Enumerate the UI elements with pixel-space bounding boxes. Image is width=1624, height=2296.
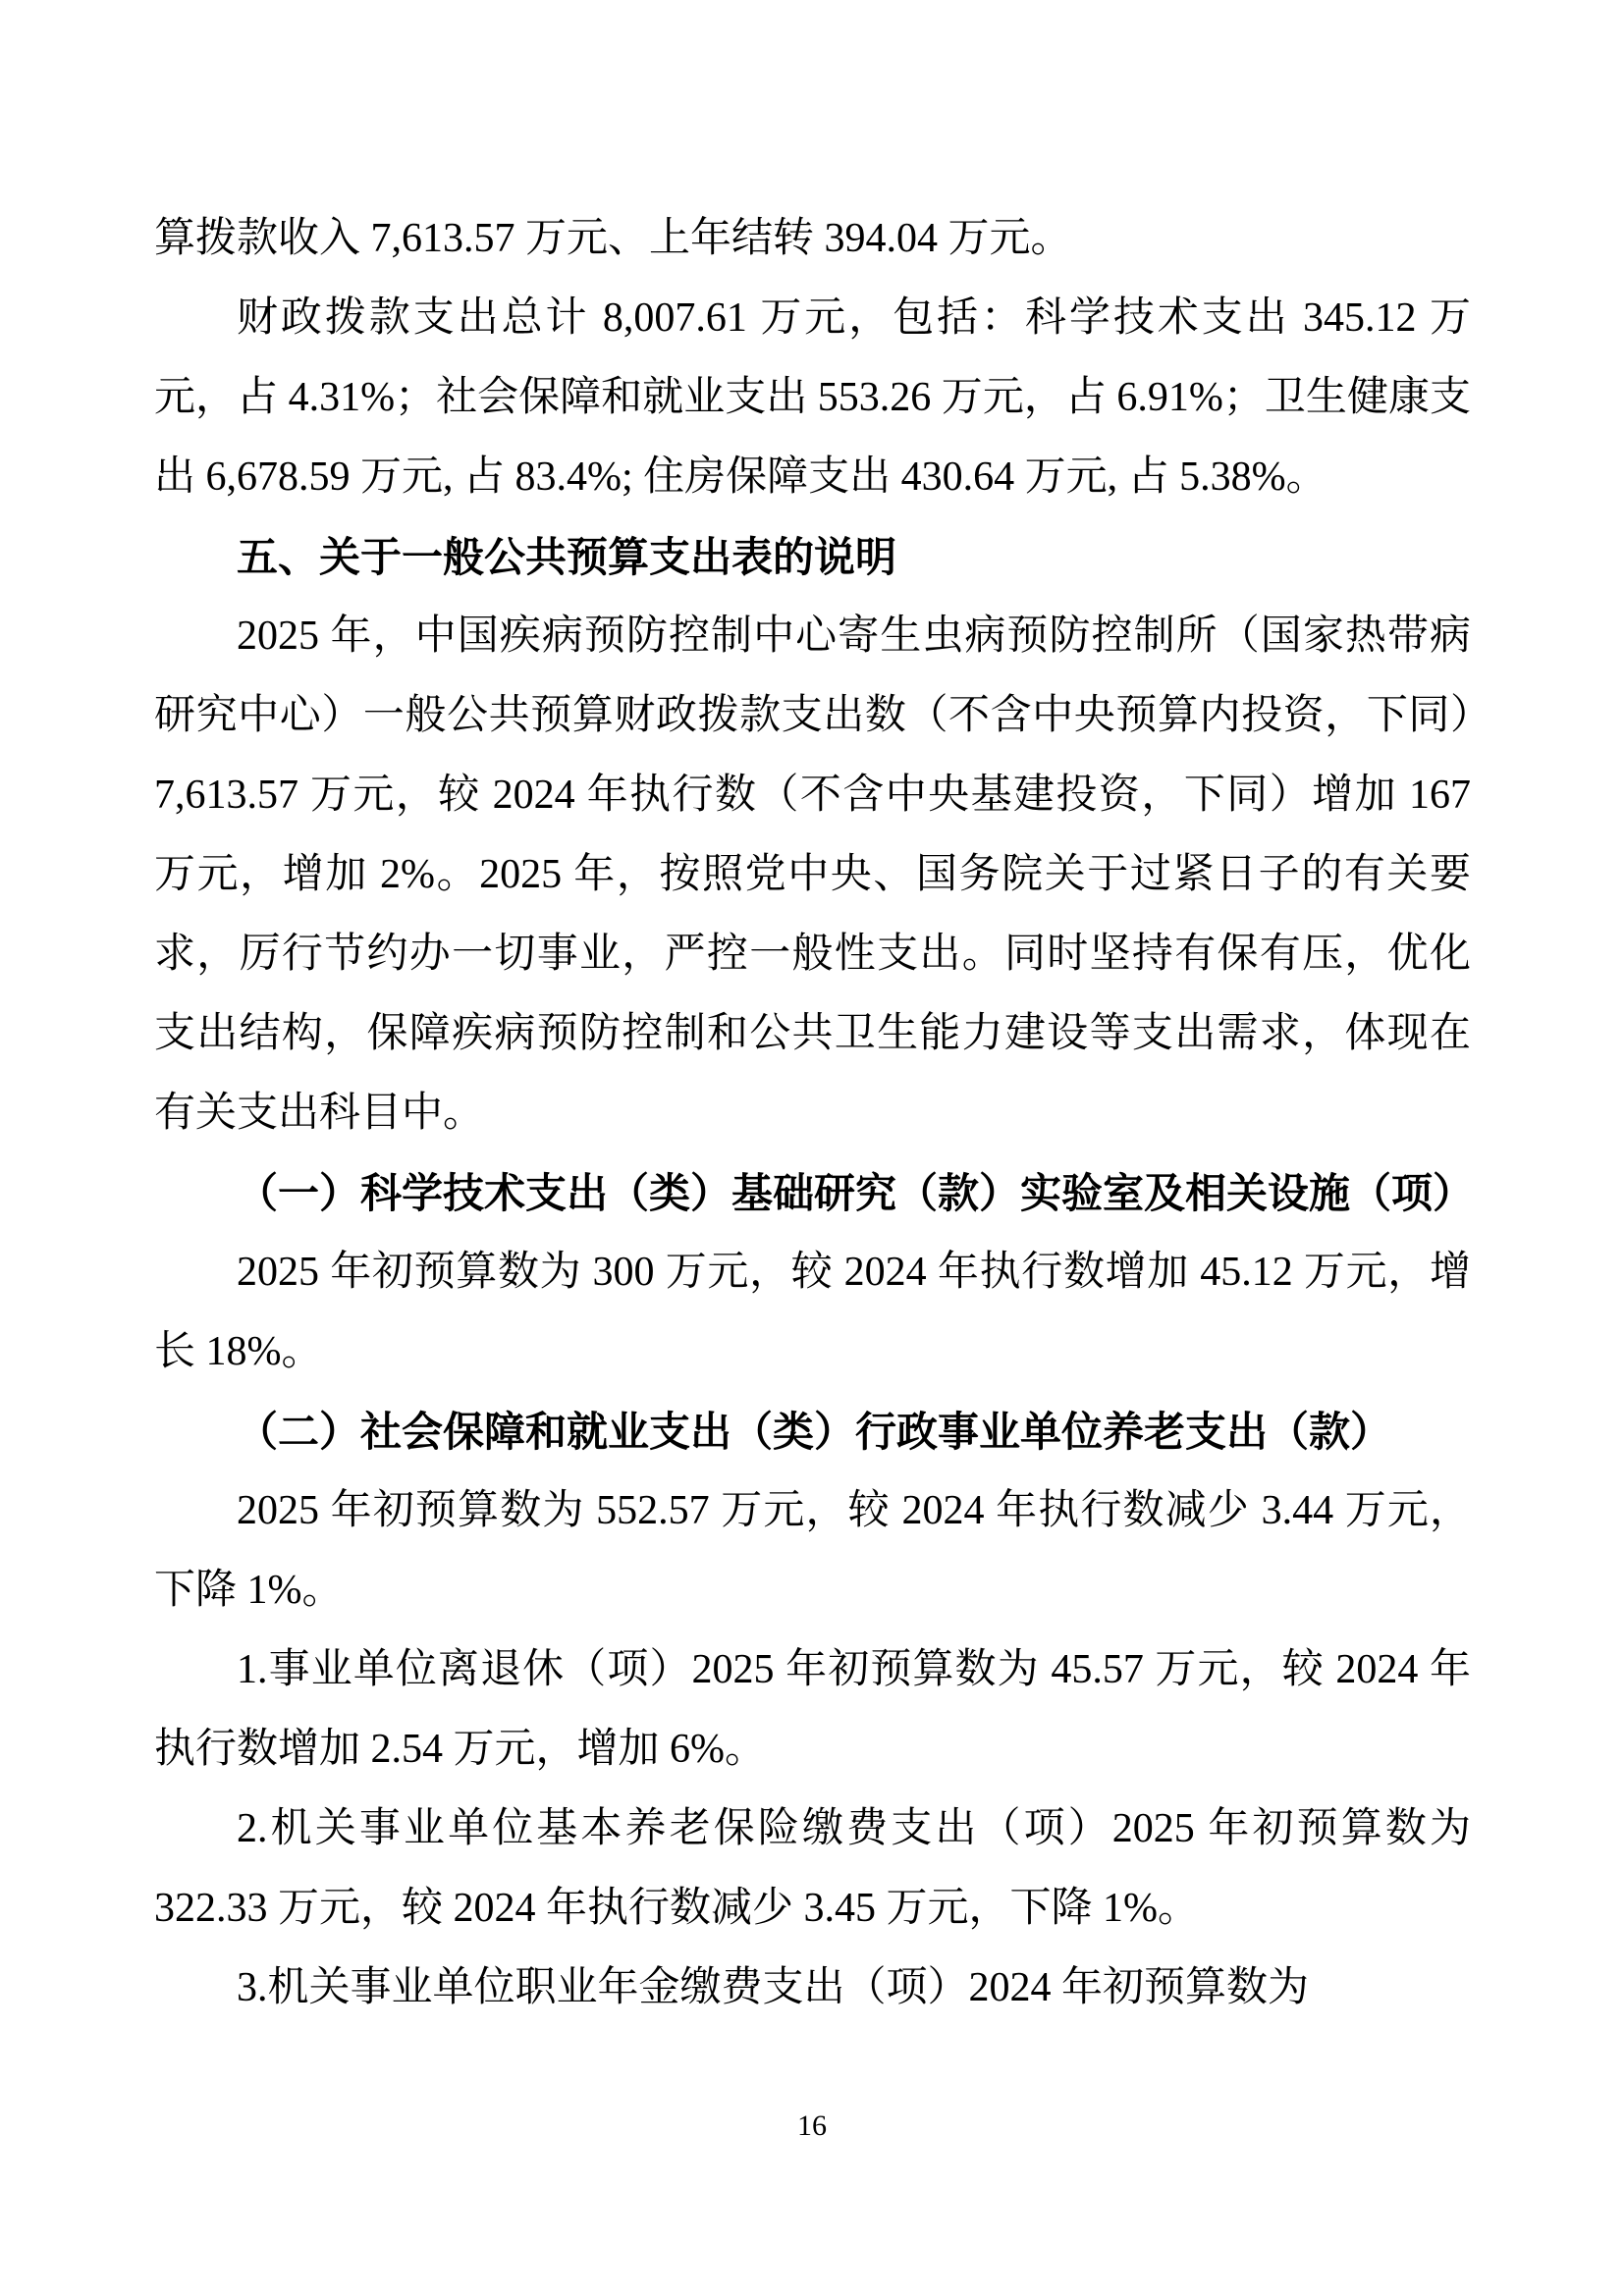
body-paragraph-item3-occupational-annuity: 3.机关事业单位职业年金缴费支出（项）2024 年初预算数为	[154, 1949, 1471, 2028]
page-number: 16	[0, 2109, 1624, 2144]
text-block: 算拨款收入 7,613.57 万元、上年结转 394.04 万元。 财政拨款支出…	[154, 199, 1471, 2028]
subsection-heading-2-social-security-employment: （二）社会保障和就业支出（类）行政事业单位养老支出（款）	[154, 1392, 1471, 1471]
body-paragraph-item2-basic-pension: 2.机关事业单位基本养老保险缴费支出（项）2025 年初预算数为 322.33 …	[154, 1789, 1471, 1949]
body-paragraph-item1-retirement: 1.事业单位离退休（项）2025 年初预算数为 45.57 万元，较 2024 …	[154, 1630, 1471, 1789]
body-paragraph-continuation: 算拨款收入 7,613.57 万元、上年结转 394.04 万元。	[154, 199, 1471, 279]
section-heading-5-general-public-budget-expenditure: 五、关于一般公共预算支出表的说明	[154, 517, 1471, 597]
body-paragraph-fiscal-expenditure-total: 财政拨款支出总计 8,007.61 万元，包括：科学技术支出 345.12 万元…	[154, 279, 1471, 517]
body-paragraph-social-security-budget: 2025 年初预算数为 552.57 万元，较 2024 年执行数减少 3.44…	[154, 1471, 1471, 1630]
document-page: 算拨款收入 7,613.57 万元、上年结转 394.04 万元。 财政拨款支出…	[0, 0, 1624, 2296]
body-paragraph-science-budget: 2025 年初预算数为 300 万元，较 2024 年执行数增加 45.12 万…	[154, 1233, 1471, 1392]
subsection-heading-1-science-technology: （一）科学技术支出（类）基础研究（款）实验室及相关设施（项）	[154, 1153, 1471, 1233]
body-paragraph-2025-overview: 2025 年，中国疾病预防控制中心寄生虫病预防控制所（国家热带病研究中心）一般公…	[154, 597, 1471, 1153]
